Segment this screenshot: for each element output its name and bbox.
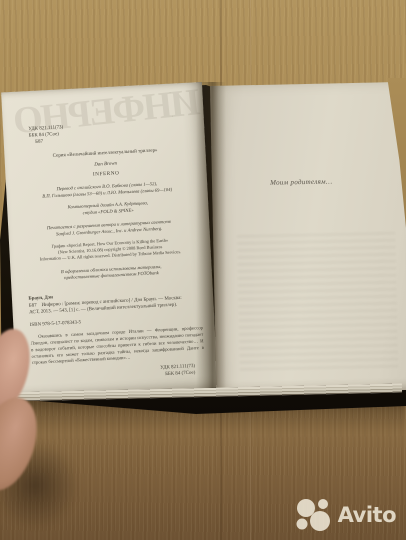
show-through-paragraph [237,232,398,375]
cover-art-credit: В оформлении обложки использованы матери… [10,261,212,284]
avito-watermark: Avito [295,498,396,532]
avito-logo-icon [295,498,331,532]
photo-book-spread: ИНФЕРНО УДК 821.111(73) ББК 84 (7Сое) Б8… [0,0,406,540]
graph-credit: График «Special Report. How Our Economy … [9,236,211,264]
permission-note: Печатается с разрешения автора и литерат… [8,217,210,240]
dedication-text: Моим родителям… [270,177,333,186]
right-page-dedication: Моим родителям… [210,82,406,394]
avito-brand-text: Avito [338,505,396,526]
annotation-paragraph: Оказавшись в самом загадочном городе Ита… [30,325,204,367]
left-page-copyright: ИНФЕРНО УДК 821.111(73) ББК 84 (7Сое) Б8… [1,82,218,398]
classification-codes-top: УДК 821.111(73) ББК 84 (7Сое) Б87 [28,116,205,145]
design-credit: Компьютерный дизайн А.А. Кудрявцева, сту… [7,197,209,220]
